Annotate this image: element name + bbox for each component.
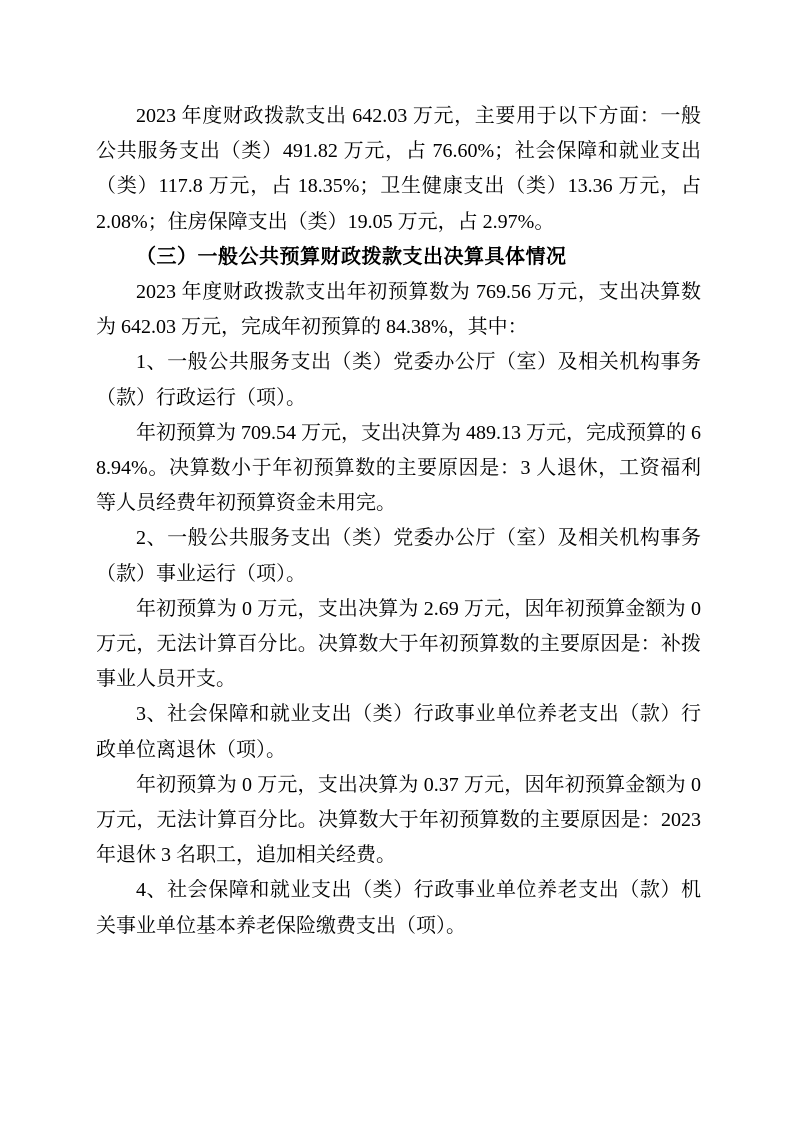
- para-item-1-administrative-operation-detail: 年初预算为 709.54 万元，支出决算为 489.13 万元，完成预算的 68…: [96, 416, 701, 522]
- para-annual-budget-vs-final-accounts: 2023 年度财政拨款支出年初预算数为 769.56 万元，支出决算数为 642…: [96, 275, 701, 345]
- para-item-3-retirement-expenditure-title: 3、社会保障和就业支出（类）行政事业单位养老支出（款）行政单位离退休（项）。: [96, 697, 701, 767]
- para-item-2-institutional-operation-title: 2、一般公共服务支出（类）党委办公厅（室）及相关机构事务（款）事业运行（项）。: [96, 521, 701, 591]
- para-item-1-administrative-operation-title: 1、一般公共服务支出（类）党委办公厅（室）及相关机构事务（款）行政运行（项）。: [96, 345, 701, 415]
- para-fiscal-expenditure-overview: 2023 年度财政拨款支出 642.03 万元，主要用于以下方面：一般公共服务支…: [96, 99, 701, 240]
- document-page: 2023 年度财政拨款支出 642.03 万元，主要用于以下方面：一般公共服务支…: [0, 0, 793, 1122]
- para-item-2-institutional-operation-detail: 年初预算为 0 万元，支出决算为 2.69 万元，因年初预算金额为 0 万元，无…: [96, 592, 701, 698]
- heading-section-three-general-public-budget-expenditure-details: （三）一般公共预算财政拨款支出决算具体情况: [96, 240, 701, 275]
- para-item-4-basic-pension-contribution-title: 4、社会保障和就业支出（类）行政事业单位养老支出（款）机关事业单位基本养老保险缴…: [96, 873, 701, 943]
- para-item-3-retirement-expenditure-detail: 年初预算为 0 万元，支出决算为 0.37 万元，因年初预算金额为 0 万元，无…: [96, 768, 701, 874]
